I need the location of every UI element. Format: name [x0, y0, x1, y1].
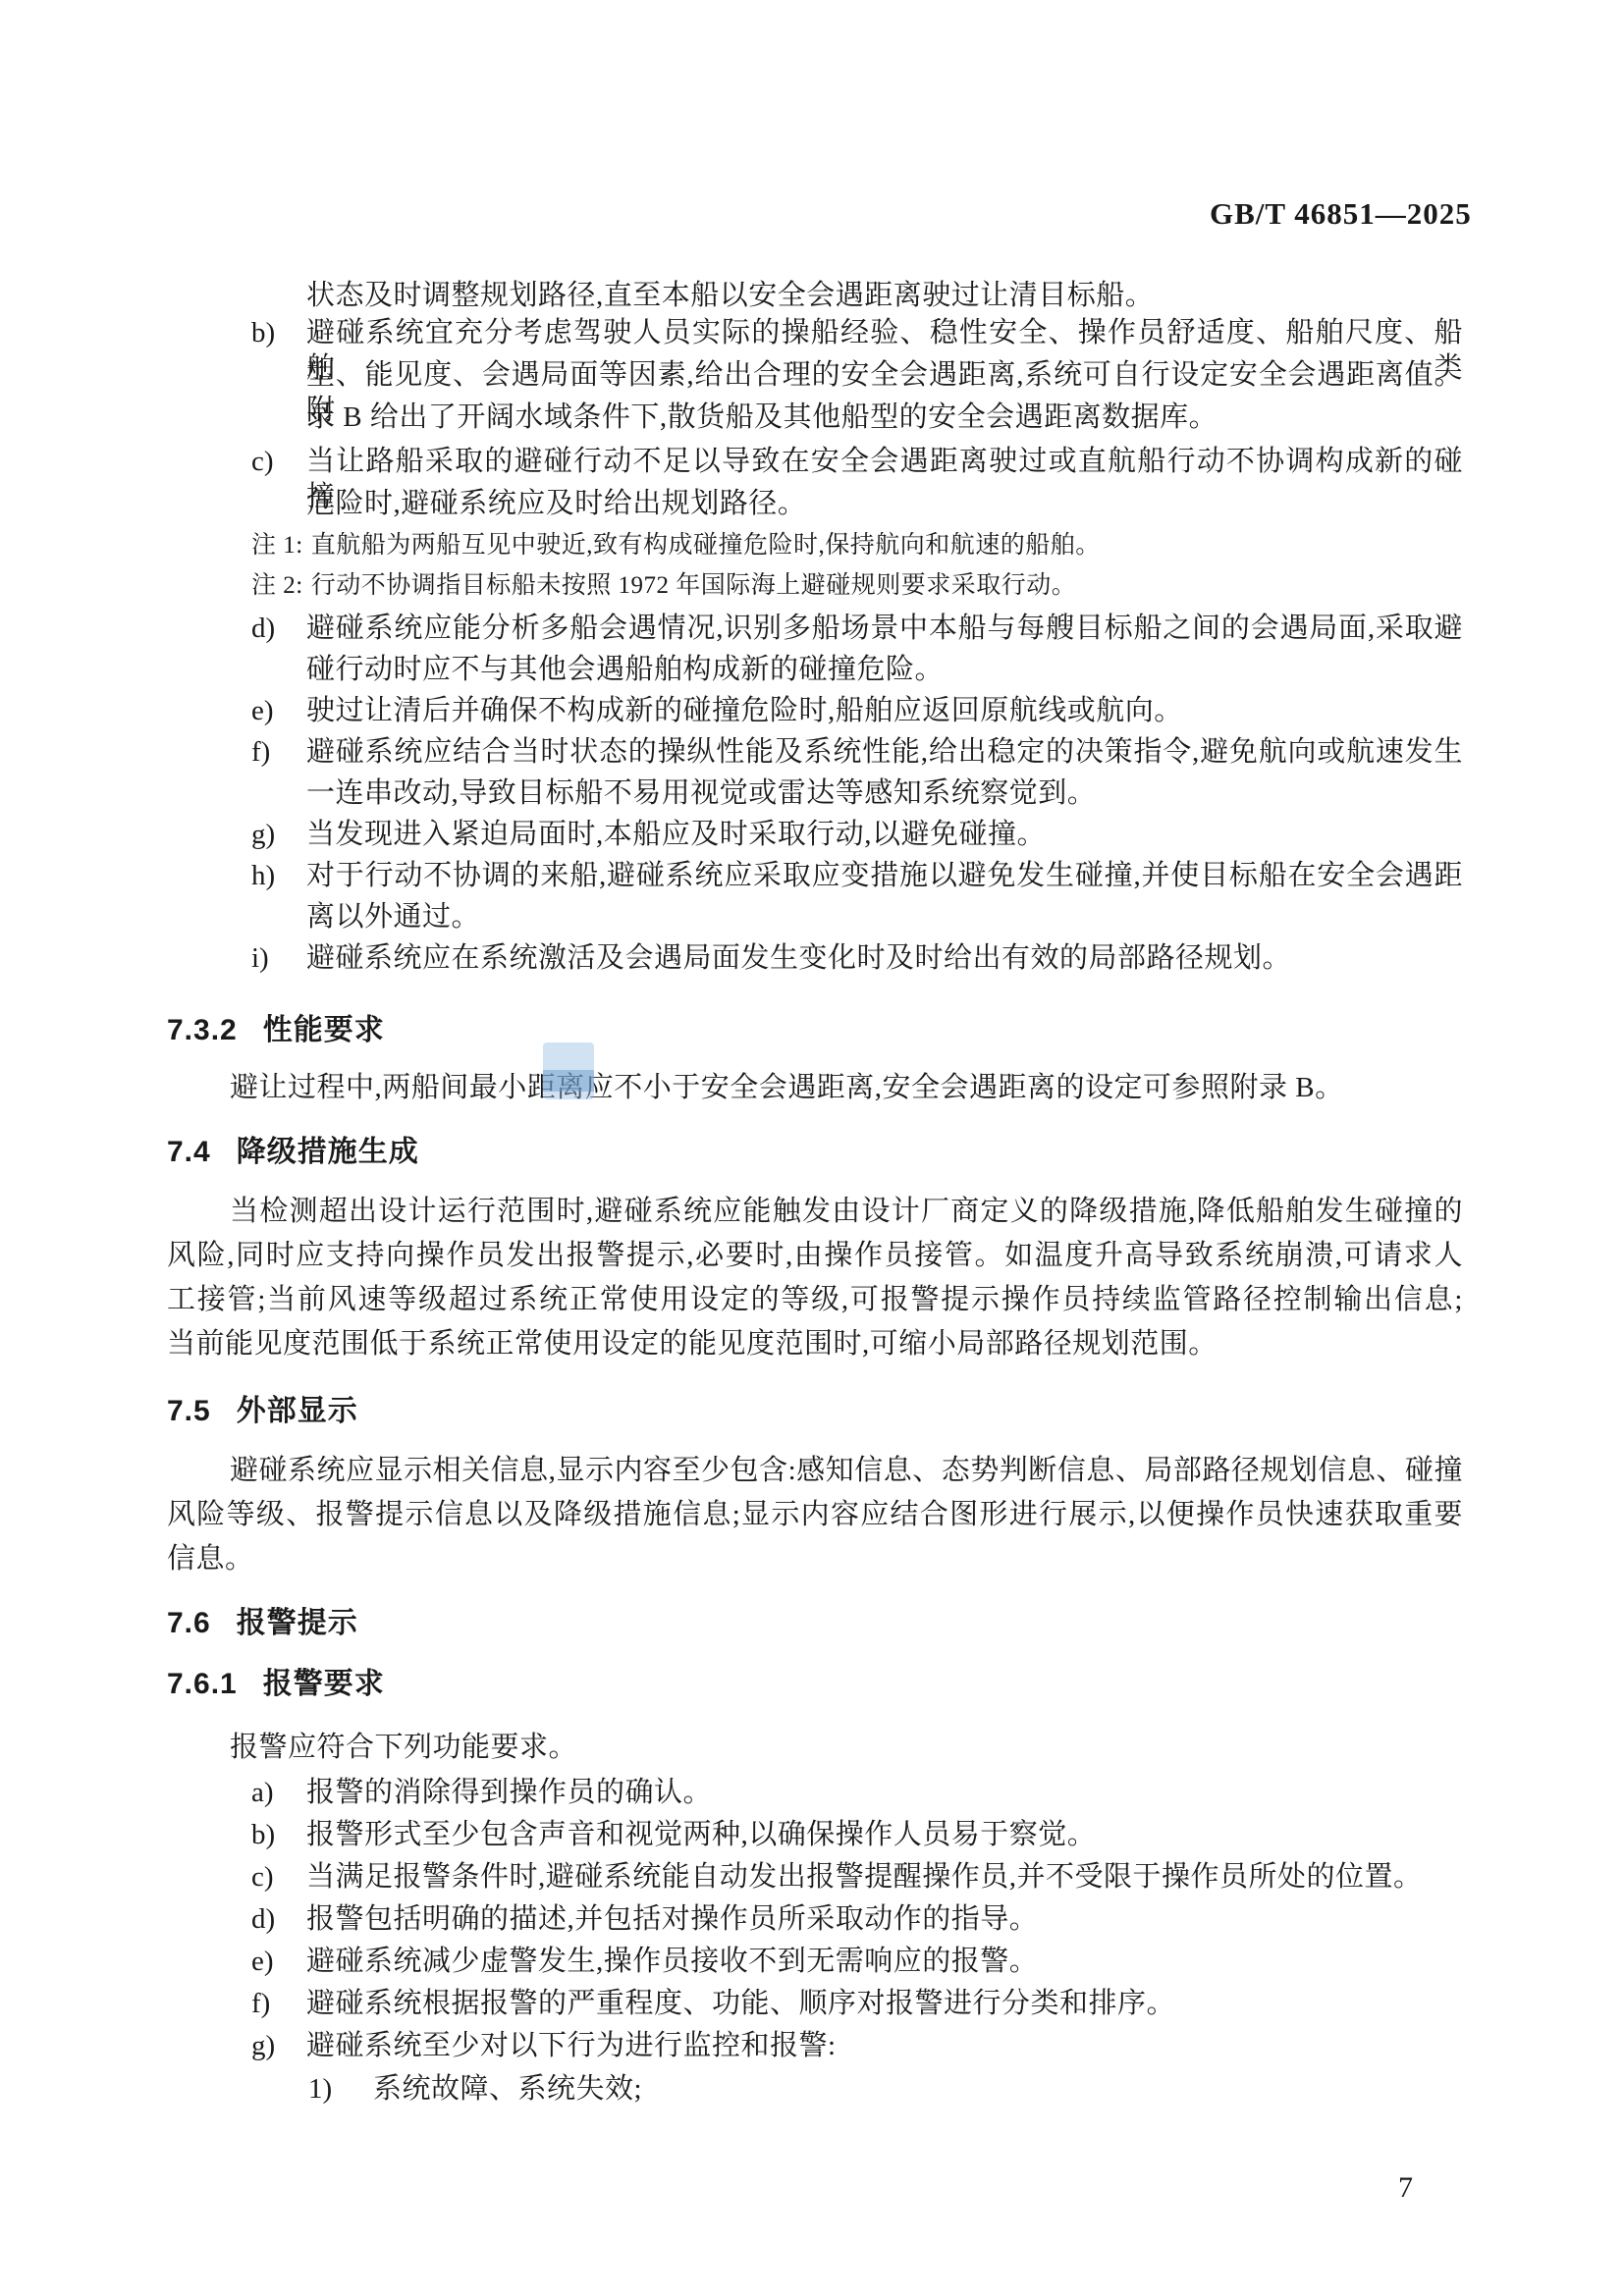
note-2-text: 行动不协调指目标船未按照 1972 年国际海上避碰规则要求采取行动。 — [311, 572, 1077, 599]
alarm-item-marker-g: g) — [251, 2028, 275, 2063]
alarm-item-f-text: 避碰系统根据报警的严重程度、功能、顺序对报警进行分类和排序。 — [306, 1986, 1175, 2021]
list-item-g-line1: 当发现进入紧迫局面时,本船应及时采取行动,以避免碰撞。 — [306, 817, 1046, 852]
clause-number: 7.4 — [167, 1135, 211, 1170]
watermark-logo — [543, 1042, 594, 1099]
list-item-e-line1: 驶过让清后并确保不构成新的碰撞危险时,船舶应返回原航线或航向。 — [306, 693, 1183, 728]
clause-heading-7-4: 7.4降级措施生成 — [167, 1135, 419, 1170]
list-item-marker-h: h) — [251, 858, 275, 893]
alarm-item-g-text: 避碰系统至少对以下行为进行监控和报警: — [306, 2028, 837, 2063]
note-2-label: 注 2: — [251, 570, 303, 603]
list-item-d-line1: 避碰系统应能分析多船会遇情况,识别多船场景中本船与每艘目标船之间的会遇局面,采取… — [306, 611, 1463, 646]
alarm-item-e-text: 避碰系统减少虚警发生,操作员接收不到无需响应的报警。 — [306, 1944, 1038, 1979]
clause-7-4-line1: 当检测超出设计运行范围时,避碰系统应能触发由设计厂商定义的降级措施,降低船舶发生… — [230, 1194, 1463, 1229]
clause-7-5-line3: 信息。 — [167, 1541, 254, 1576]
clause-heading-7-6: 7.6报警提示 — [167, 1606, 358, 1641]
clause-7-6-1-intro: 报警应符合下列功能要求。 — [230, 1730, 577, 1765]
clause-title: 报警提示 — [237, 1606, 358, 1641]
clause-7-5-line2: 风险等级、报警提示信息以及降级措施信息;显示内容应结合图形进行展示,以便操作员快… — [167, 1497, 1463, 1532]
alarm-item-a-text: 报警的消除得到操作员的确认。 — [306, 1775, 712, 1810]
clause-7-5-line1: 避碰系统应显示相关信息,显示内容至少包含:感知信息、态势判断信息、局部路径规划信… — [230, 1453, 1463, 1488]
list-item-marker-c: c) — [251, 444, 274, 479]
list-item-marker-b: b) — [251, 315, 275, 350]
alarm-item-c-text: 当满足报警条件时,避碰系统能自动发出报警提醒操作员,并不受限于操作员所处的位置。 — [306, 1859, 1423, 1895]
alarm-item-marker-b: b) — [251, 1817, 275, 1852]
note-1: 注 1:直航船为两船互见中驶近,致有构成碰撞危险时,保持航向和航速的船舶。 — [251, 530, 1101, 562]
alarm-item-marker-a: a) — [251, 1775, 274, 1810]
clause-title: 降级措施生成 — [237, 1135, 419, 1170]
note-1-label: 注 1: — [251, 530, 303, 562]
clause-7-4-line2: 风险,同时应支持向操作员发出报警提示,必要时,由操作员接管。如温度升高导致系统崩… — [167, 1238, 1463, 1273]
list-item-marker-i: i) — [251, 940, 269, 976]
clause-7-4-line3: 工接管;当前风速等级超过系统正常使用设定的等级,可报警提示操作员持续监管路径控制… — [167, 1282, 1463, 1317]
list-item-c-line2: 危险时,避碰系统应及时给出规划路径。 — [306, 486, 806, 521]
clause-title: 性能要求 — [263, 1013, 385, 1048]
list-item-i-line1: 避碰系统应在系统激活及会遇局面发生变化时及时给出有效的局部路径规划。 — [306, 940, 1291, 976]
list-item-b-line3: 录 B 给出了开阔水域条件下,散货船及其他船型的安全会遇距离数据库。 — [306, 400, 1218, 435]
watermark-band — [543, 1070, 594, 1092]
list-item-marker-d: d) — [251, 611, 275, 646]
clause-number: 7.3.2 — [167, 1013, 238, 1048]
alarm-item-marker-d: d) — [251, 1901, 275, 1937]
alarm-item-marker-c: c) — [251, 1859, 274, 1895]
alarm-sub-item-marker-1: 1) — [308, 2071, 332, 2107]
list-item-marker-e: e) — [251, 693, 274, 728]
list-carryover-line: 状态及时调整规划路径,直至本船以安全会遇距离驶过让清目标船。 — [306, 278, 1154, 313]
list-item-d-line2: 碰行动时应不与其他会遇船舶构成新的碰撞危险。 — [306, 652, 944, 687]
document-page: GB/T 46851—2025 状态及时调整规划路径,直至本船以安全会遇距离驶过… — [0, 0, 1624, 2296]
clause-7-4-line4: 当前能见度范围低于系统正常使用设定的能见度范围时,可缩小局部路径规划范围。 — [167, 1326, 1218, 1362]
list-item-f-line2: 一连串改动,导致目标船不易用视觉或雷达等感知系统察觉到。 — [306, 775, 1096, 811]
alarm-item-marker-e: e) — [251, 1944, 274, 1979]
list-item-h-line1: 对于行动不协调的来船,避碰系统应采取应变措施以避免发生碰撞,并使目标船在安全会遇… — [306, 858, 1463, 893]
note-1-text: 直航船为两船互见中驶近,致有构成碰撞危险时,保持航向和航速的船舶。 — [311, 532, 1101, 559]
page-number: 7 — [1398, 2171, 1413, 2205]
clause-number: 7.6.1 — [167, 1667, 238, 1702]
clause-number: 7.5 — [167, 1394, 211, 1429]
alarm-item-b-text: 报警形式至少包含声音和视觉两种,以确保操作人员易于察觉。 — [306, 1817, 1096, 1852]
list-item-marker-f: f) — [251, 734, 270, 770]
list-item-f-line1: 避碰系统应结合当时状态的操纵性能及系统性能,给出稳定的决策指令,避免航向或航速发… — [306, 734, 1463, 770]
clause-7-3-2-paragraph: 避让过程中,两船间最小距离应不小于安全会遇距离,安全会遇距离的设定可参照附录 B… — [230, 1070, 1344, 1105]
clause-heading-7-5: 7.5外部显示 — [167, 1394, 358, 1429]
clause-heading-7-3-2: 7.3.2性能要求 — [167, 1013, 385, 1048]
list-item-marker-g: g) — [251, 817, 275, 852]
list-item-h-line2: 离以外通过。 — [306, 899, 480, 934]
alarm-sub-item-1-text: 系统故障、系统失效; — [373, 2071, 642, 2107]
clause-heading-7-6-1: 7.6.1报警要求 — [167, 1667, 385, 1702]
clause-title: 外部显示 — [237, 1394, 358, 1429]
standard-code: GB/T 46851—2025 — [1210, 196, 1472, 232]
note-2: 注 2:行动不协调指目标船未按照 1972 年国际海上避碰规则要求采取行动。 — [251, 570, 1076, 603]
alarm-item-marker-f: f) — [251, 1986, 270, 2021]
clause-number: 7.6 — [167, 1606, 211, 1641]
clause-title: 报警要求 — [263, 1667, 385, 1702]
alarm-item-d-text: 报警包括明确的描述,并包括对操作员所采取动作的指导。 — [306, 1901, 1038, 1937]
